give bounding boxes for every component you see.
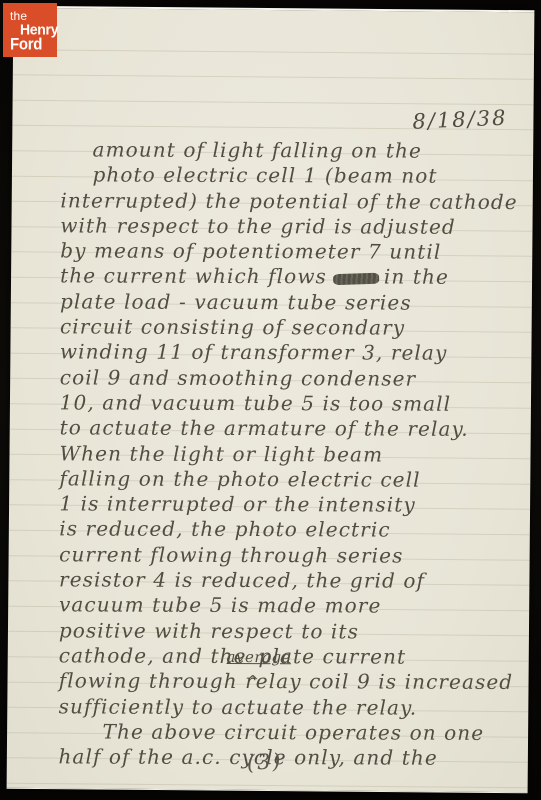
logo-text-ford: Ford	[10, 35, 42, 53]
handwritten-line: flowing through relay coil 9 is increase…	[59, 669, 529, 696]
handwritten-line: 10, and vacuum tube 5 is too small	[60, 390, 530, 417]
handwritten-line: by means of potentiometer 7 until	[60, 239, 530, 266]
handwritten-line: winding 11 of transformer 3, relay	[60, 340, 530, 367]
handwritten-line: When the light or light beam	[59, 441, 529, 468]
photo-background: the Henry Ford 8/18/38 amount of light f…	[0, 0, 541, 800]
notebook-page: 8/18/38 amount of light falling on the p…	[7, 6, 535, 794]
handwritten-line: with respect to the grid is adjusted	[60, 213, 530, 240]
handwritten-line-with-strikeout: the current which flowsin the	[60, 264, 530, 291]
handwritten-line: photo electric cell 1 (beam not	[60, 163, 530, 190]
inserted-word-average: average	[227, 645, 291, 671]
handwritten-line: amount of light falling on the	[61, 137, 531, 164]
date-annotation: 8/18/38	[412, 106, 508, 134]
crossed-out-word	[333, 273, 379, 285]
page-number: (3)	[246, 749, 283, 775]
line-text-before-insert: cathode, and the	[59, 643, 247, 668]
handwritten-line: 1 is interrupted or the intensity	[59, 492, 529, 519]
manuscript-text: amount of light falling on the photo ele…	[58, 137, 530, 771]
handwritten-line: interrupted) the potential of the cathod…	[60, 188, 530, 215]
line-text-before-strike: the current which flows	[60, 264, 327, 289]
handwritten-line: The above circuit operates on one	[59, 719, 529, 746]
handwritten-line: resistor 4 is reduced, the grid of	[59, 567, 529, 594]
handwritten-line: is reduced, the photo electric	[59, 517, 529, 544]
insertion-caret: ^	[246, 669, 260, 694]
handwritten-line: positive with respect to its	[59, 618, 529, 645]
handwritten-line: sufficiently to actuate the relay.	[59, 694, 529, 721]
handwritten-line: current flowing through series	[59, 542, 529, 569]
handwritten-line: falling on the photo electric cell	[59, 466, 529, 493]
handwritten-line: vacuum tube 5 is made more	[59, 593, 529, 620]
handwritten-line: half of the a.c. cycle only, and the	[58, 745, 528, 772]
handwritten-line-with-insertion: cathode, and the^averageplate current	[59, 643, 529, 670]
handwritten-line: circuit consisting of secondary	[60, 314, 530, 341]
handwritten-line: to actuate the armature of the relay.	[60, 416, 530, 443]
line-text-after-strike: in the	[384, 265, 449, 289]
handwritten-line: plate load - vacuum tube series	[60, 289, 530, 316]
henry-ford-logo: the Henry Ford	[3, 3, 57, 57]
handwritten-line: coil 9 and smoothing condenser	[60, 365, 530, 392]
